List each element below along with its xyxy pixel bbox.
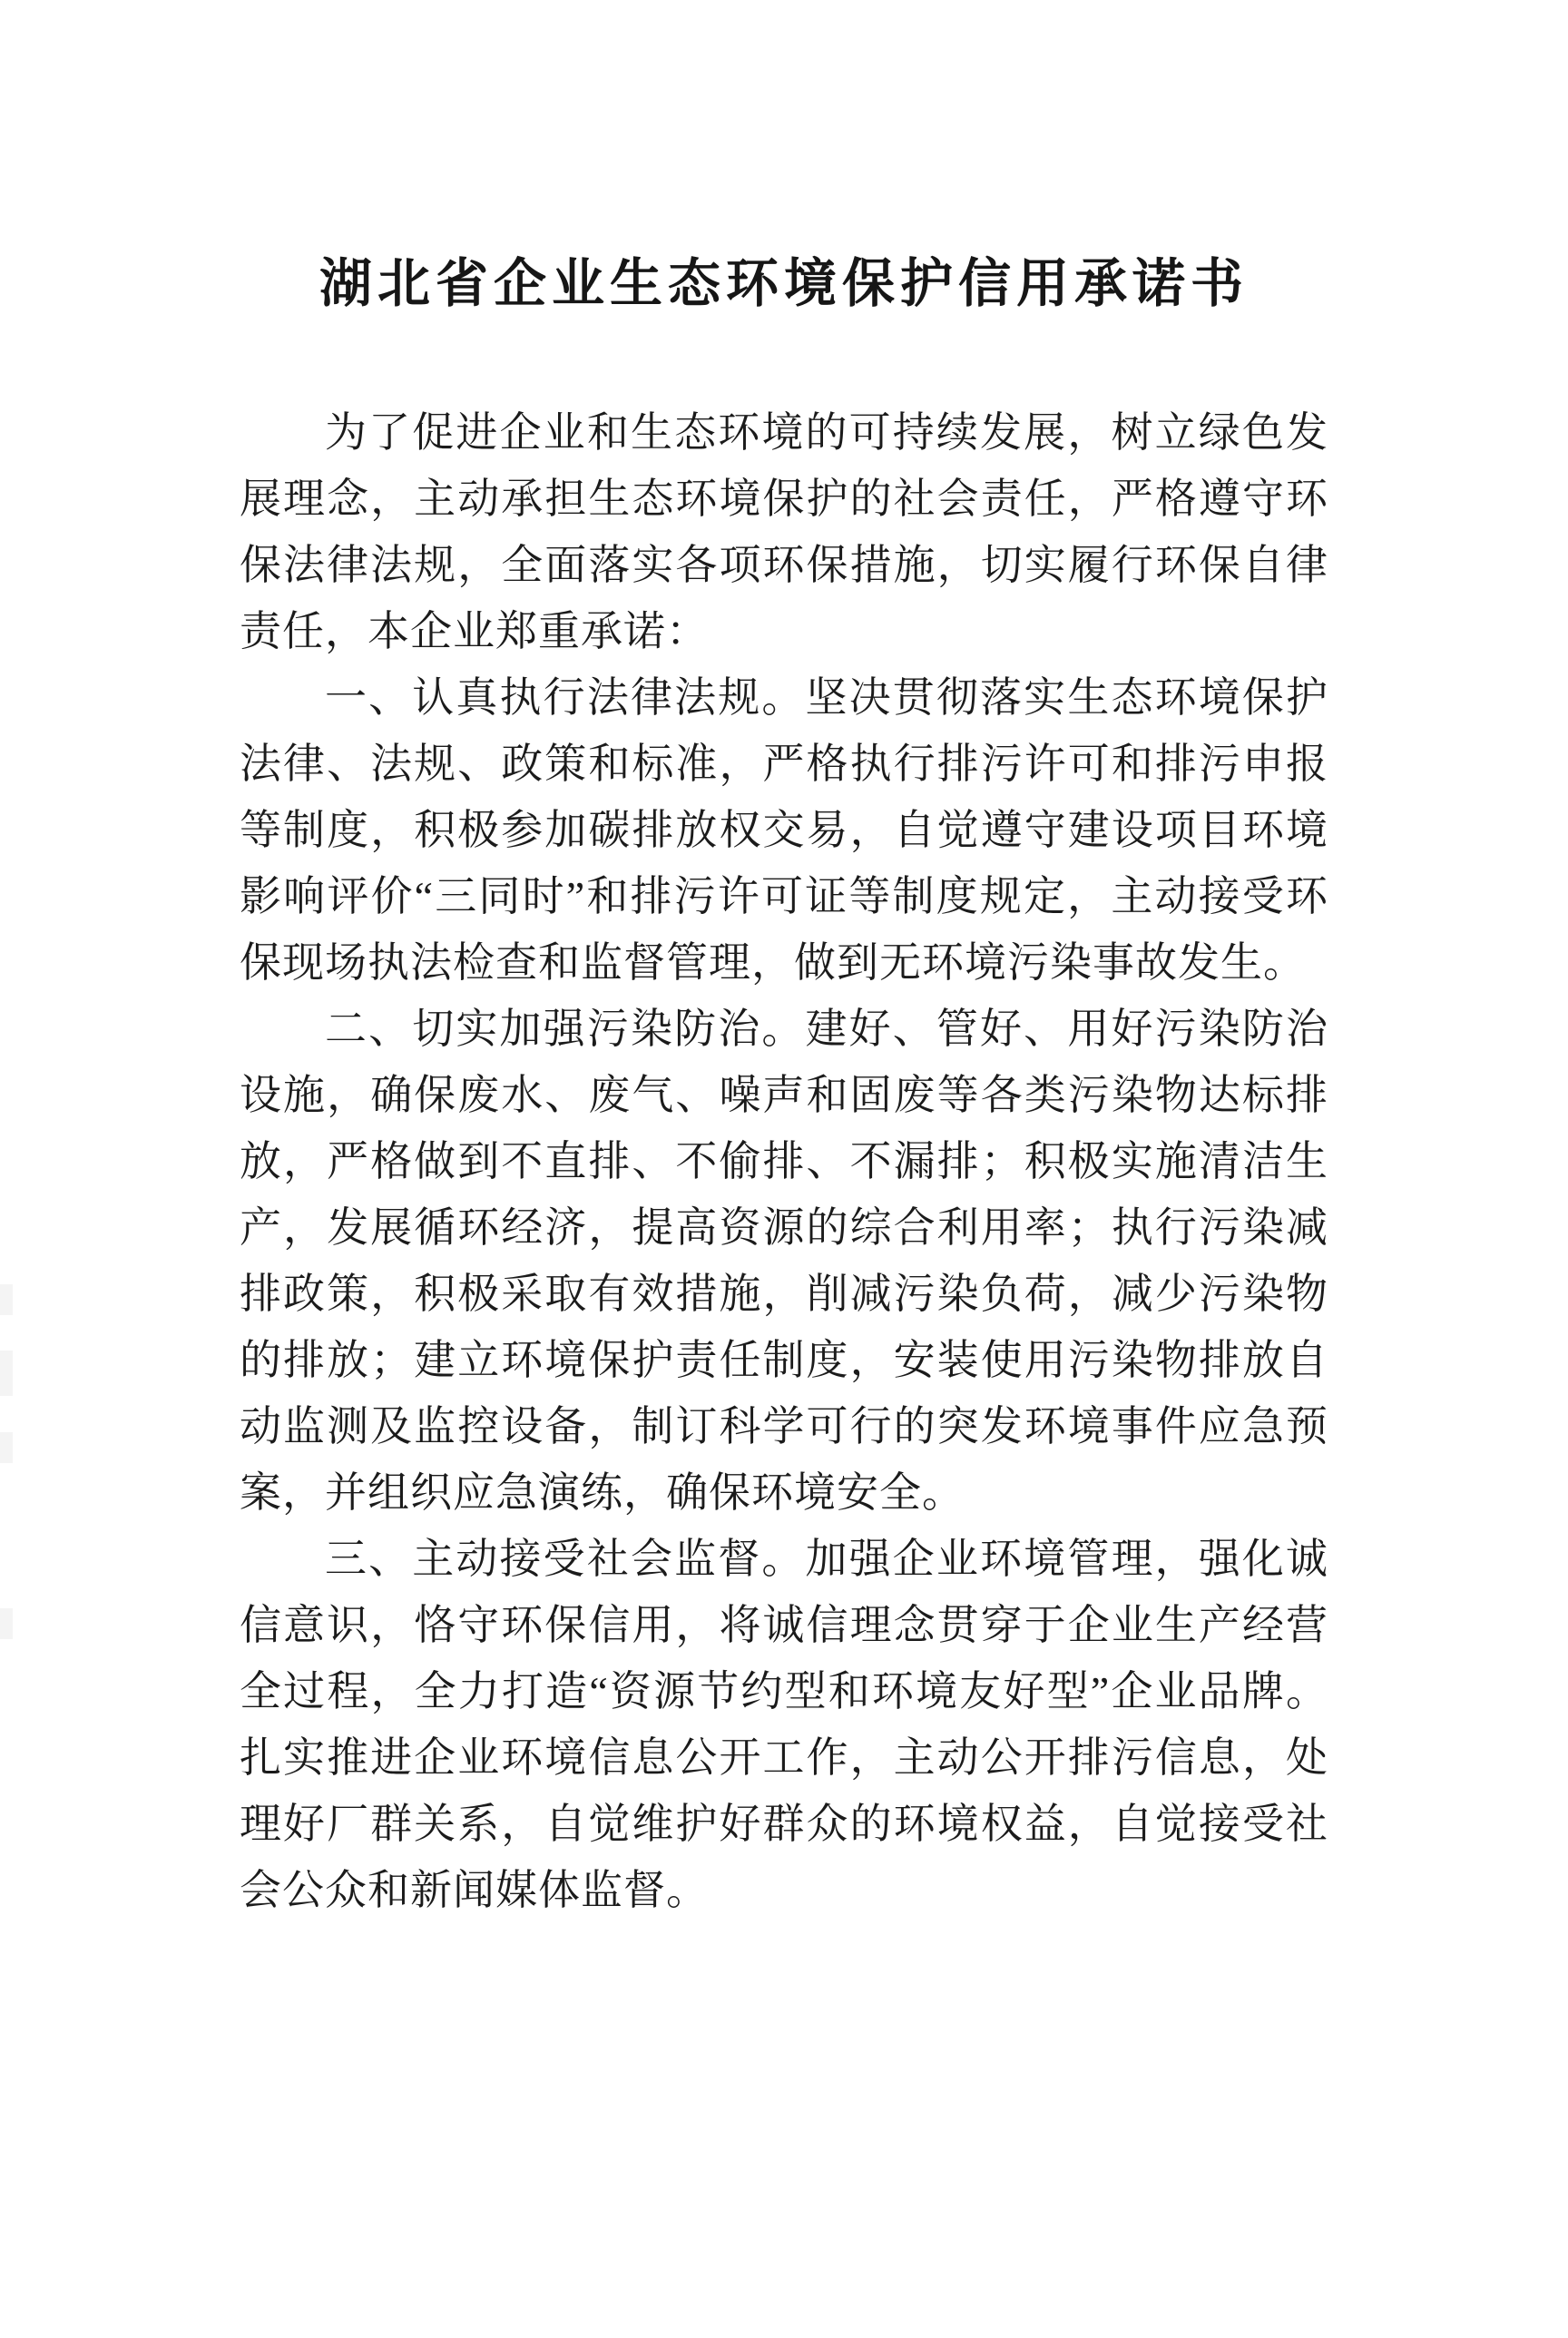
- scan-artifact: [0, 1608, 13, 1639]
- paragraph-intro: 为了促进企业和生态环境的可持续发展，树立绿色发展理念，主动承担生态环境保护的社会…: [240, 399, 1328, 664]
- document-page: 湖北省企业生态环境保护信用承诺书 为了促进企业和生态环境的可持续发展，树立绿色发…: [0, 0, 1568, 2338]
- scan-artifact: [0, 1351, 13, 1396]
- scan-artifact: [0, 1284, 13, 1315]
- paragraph-item-1: 一、认真执行法律法规。坚决贯彻落实生态环境保护法律、法规、政策和标准，严格执行排…: [240, 664, 1328, 996]
- document-title: 湖北省企业生态环境保护信用承诺书: [0, 0, 1568, 316]
- document-body: 为了促进企业和生态环境的可持续发展，树立绿色发展理念，主动承担生态环境保护的社会…: [240, 399, 1328, 1923]
- paragraph-item-2: 二、切实加强污染防治。建好、管好、用好污染防治设施，确保废水、废气、噪声和固废等…: [240, 996, 1328, 1526]
- scan-artifact: [0, 1432, 13, 1463]
- paragraph-item-3: 三、主动接受社会监督。加强企业环境管理，强化诚信意识，恪守环保信用，将诚信理念贯…: [240, 1526, 1328, 1923]
